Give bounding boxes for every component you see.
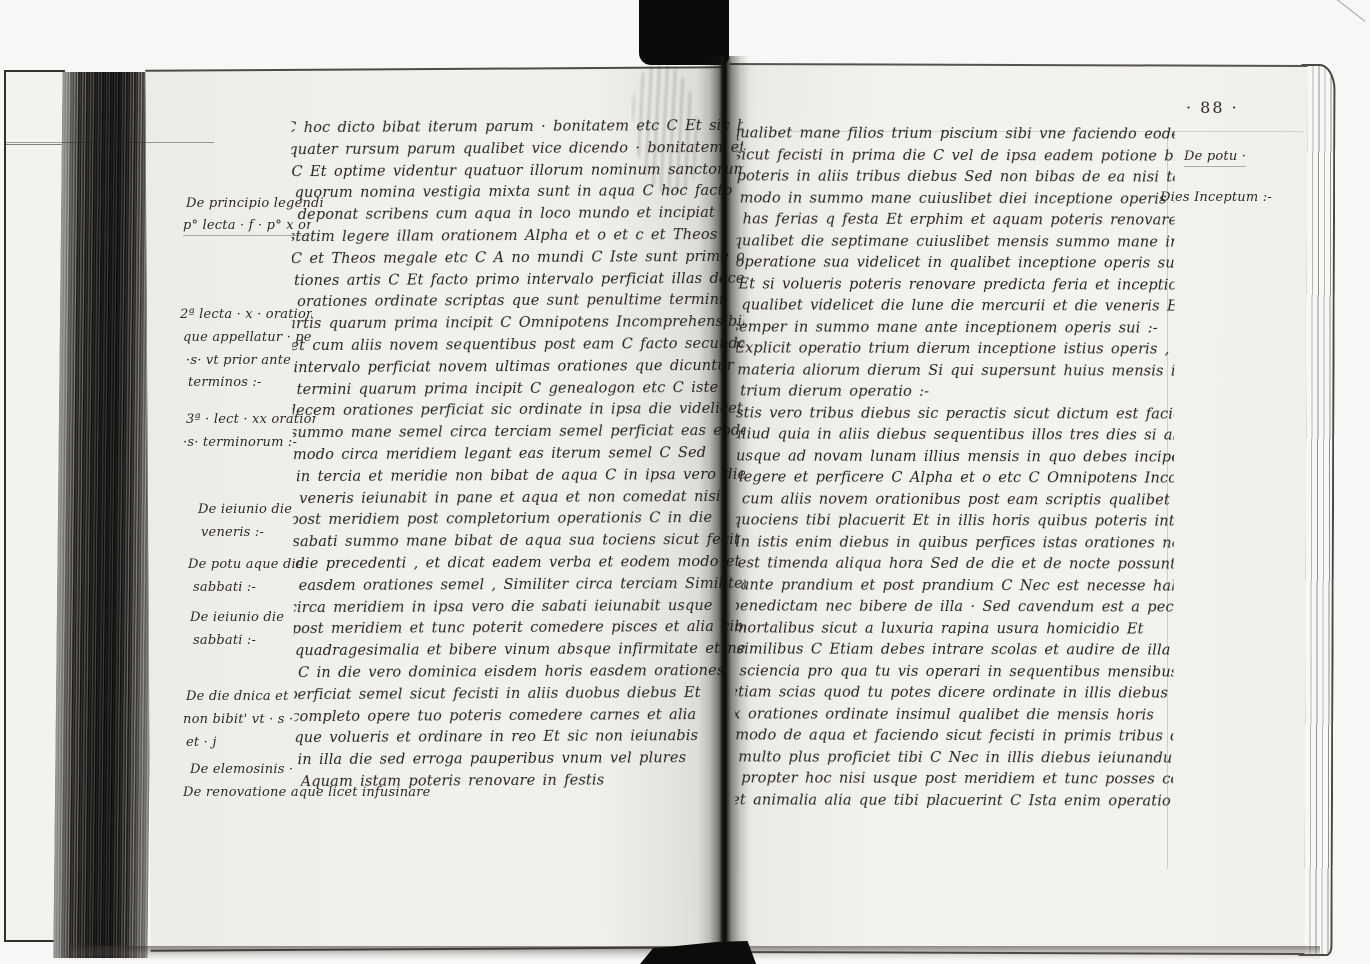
manuscript-text-line: mortalibus sicut a luxuria rapina usura … — [735, 620, 1173, 643]
manuscript-text-line: post meridiem post completorium operatio… — [291, 510, 745, 534]
manuscript-text-line: sciencia pro qua tu vis operari in seque… — [739, 663, 1173, 686]
manuscript-text-line: orationes ordinate scriptas que sunt pen… — [297, 292, 744, 316]
manuscript-text-line: intervalo perficiat novem ultimas oratio… — [293, 358, 744, 382]
gutter-shadow — [698, 56, 750, 952]
manuscript-text-line: post meridiem et tunc poterit comedere p… — [292, 619, 746, 643]
margin-note: terminos :- — [188, 376, 262, 391]
manuscript-text-line: usque ad novam lunam illius mensis in qu… — [736, 448, 1174, 471]
margin-note: veneris :- — [201, 526, 264, 541]
manuscript-text-line: x orationes ordinate insimul qualibet di… — [735, 706, 1173, 729]
manuscript-text-line: circa meridiem in ipsa vero die sabati i… — [291, 597, 746, 621]
manuscript-text-line: deponat scribens cum aqua in loco mundo … — [298, 205, 744, 229]
manuscript-text-line: veneris ieiunabit in pane et aqua et non… — [299, 488, 745, 512]
manuscript-text-line: qualibet die septimane cuiuslibet mensis… — [735, 233, 1175, 256]
manuscript-photograph: · 88 · De potu · Dies Inceptum :- De pri… — [0, 0, 1370, 964]
margin-note: sabbati :- — [193, 581, 256, 596]
manuscript-text-line: Istis vero tribus diebus sic peractis si… — [735, 405, 1174, 428]
manuscript-text-line: operatione sua videlicet in qualibet inc… — [736, 254, 1175, 277]
manuscript-text-line: et animalia alia que tibi placuerint C I… — [735, 792, 1173, 811]
folio-number: · 88 · — [1186, 98, 1239, 117]
manuscript-text-line: C in die vero dominica eisdem horis easd… — [298, 663, 746, 687]
manuscript-text-line: similibus C Etiam debes intrare scolas e… — [736, 641, 1173, 664]
manuscript-text-line: sicut fecisti in prima die C vel de ipsa… — [735, 147, 1175, 170]
manuscript-text-line: Explicit operatio trium dierum inception… — [735, 340, 1174, 363]
manuscript-text-line: die precedenti , et dicat eadem verba et… — [295, 554, 745, 578]
manuscript-text-line: sabati summo mane bibat de aqua sua toci… — [292, 532, 745, 556]
manuscript-text-line: qualibet mane filios trium piscium sibi … — [735, 125, 1175, 148]
manuscript-text-line: cum aliis novem orationibus post eam scr… — [742, 491, 1174, 514]
manuscript-text-line: ante prandium et post prandium C Nec est… — [741, 577, 1174, 600]
manuscript-text-line: easdem orationes semel , Similiter circa… — [299, 576, 746, 600]
margin-note: De ieiunio die — [198, 503, 292, 518]
photo-scratch-mark — [1327, 0, 1365, 22]
manuscript-text-line: quociens tibi placuerit Et in illis hori… — [735, 512, 1174, 535]
manuscript-text-line: materia aliorum dierum Si qui supersunt … — [737, 362, 1174, 385]
manuscript-text-line: decem orationes perficiat sic ordinate i… — [291, 401, 745, 425]
margin-note: De potu aque die — [188, 558, 304, 573]
margin-note: et · j — [186, 736, 217, 751]
manuscript-text-line: modo in summo mane cuiuslibet diei incep… — [740, 190, 1175, 213]
manuscript-text-line: benedictam nec bibere de illa · Sed cave… — [735, 598, 1174, 621]
body-text-right-page: qualibet mane filios trium piscium sibi … — [735, 125, 1175, 810]
manuscript-text-line: et cum aliis novem sequentibus post eam … — [291, 336, 744, 360]
manuscript-text-line: in illa die sed erroga pauperibus vnum v… — [298, 750, 747, 774]
manuscript-text-line: completo opere tuo poteris comedere carn… — [291, 706, 746, 730]
manuscript-text-line: termini quarum prima incipit C genealogo… — [297, 379, 745, 403]
manuscript-text-line: Et si volueris poteris renovare predicta… — [738, 276, 1174, 299]
manuscript-text-line: In istis enim diebus in quibus perfices … — [735, 534, 1174, 557]
manuscript-text-line: semper in summo mane ante inceptionem op… — [735, 319, 1174, 342]
manuscript-text-line: propter hoc nisi usque post meridiem et … — [741, 770, 1173, 793]
manuscript-text-line: quadragesimalia et bibere vinum absque i… — [295, 641, 746, 665]
margin-note: De die dnica et — [186, 690, 289, 705]
manuscript-text-line: trium dierum operatio :- — [740, 383, 1174, 406]
margin-note-de-potu: De potu · — [1184, 150, 1246, 167]
manuscript-text-line: summo mane semel circa terciam semel per… — [291, 423, 745, 447]
manuscript-text-line: C et Theos megale etc C A no mundi C Ist… — [291, 249, 744, 273]
ruling-line-left-page — [6, 142, 214, 143]
manuscript-text-line: statim legere illam orationem Alpha et o… — [291, 227, 744, 251]
manuscript-text-line: modo de aqua et faciendo sicut fecisti i… — [735, 727, 1173, 750]
manuscript-text-line: Aquam istam poteris renovare in festis — [301, 772, 747, 796]
margin-note-dies-inceptum: Dies Inceptum :- — [1160, 191, 1272, 206]
board-ruling-line — [6, 144, 64, 145]
manuscript-text-line: in tercia et meridie non bibat de aqua C… — [296, 467, 745, 491]
manuscript-text-line: poteris in aliis tribus diebus Sed non b… — [737, 168, 1175, 191]
margin-note: sabbati :- — [193, 634, 256, 649]
manuscript-text-line: que volueris et ordinare in reo Et sic n… — [294, 728, 746, 752]
margin-note: De ieiunio die — [190, 611, 284, 626]
manuscript-text-line: modo circa meridiem legant eas iterum se… — [293, 445, 745, 469]
stacked-page-edges-left — [53, 72, 156, 958]
margin-note: ·s· terminorum :- — [183, 436, 297, 451]
manuscript-text-line: legere et perficere C Alpha et o etc C O… — [739, 469, 1174, 492]
manuscript-text-line: aliud quia in aliis diebus sequentibus i… — [735, 426, 1174, 449]
manuscript-text-line: multo plus proficiet tibi C Nec in illis… — [738, 749, 1173, 772]
margin-note: non bibit' vt · s · — [183, 713, 293, 728]
manuscript-text-line: est timenda aliqua hora Sed de die et de… — [738, 555, 1174, 578]
manuscript-text-line: tiones artis C Et facto primo intervalo … — [294, 270, 744, 294]
body-text-left-page: C hoc dicto bibat iterum parum · bonitat… — [291, 118, 747, 812]
manuscript-text-line: has ferias q festa Et erphim et aquam po… — [743, 211, 1175, 234]
manuscript-text-line: artis quarum prima incipit C Omnipotens … — [291, 314, 744, 338]
manuscript-text-line: perficiat semel sicut fecisti in aliis d… — [291, 685, 746, 709]
manuscript-text-line: etiam scias quod tu potes dicere ordinat… — [735, 684, 1173, 707]
manuscript-text-line: qualibet videlicet die lune die mercurii… — [741, 297, 1174, 320]
margin-note: ·s· vt prior ante — [186, 354, 291, 369]
margin-note: De elemosinis · — [190, 763, 293, 778]
